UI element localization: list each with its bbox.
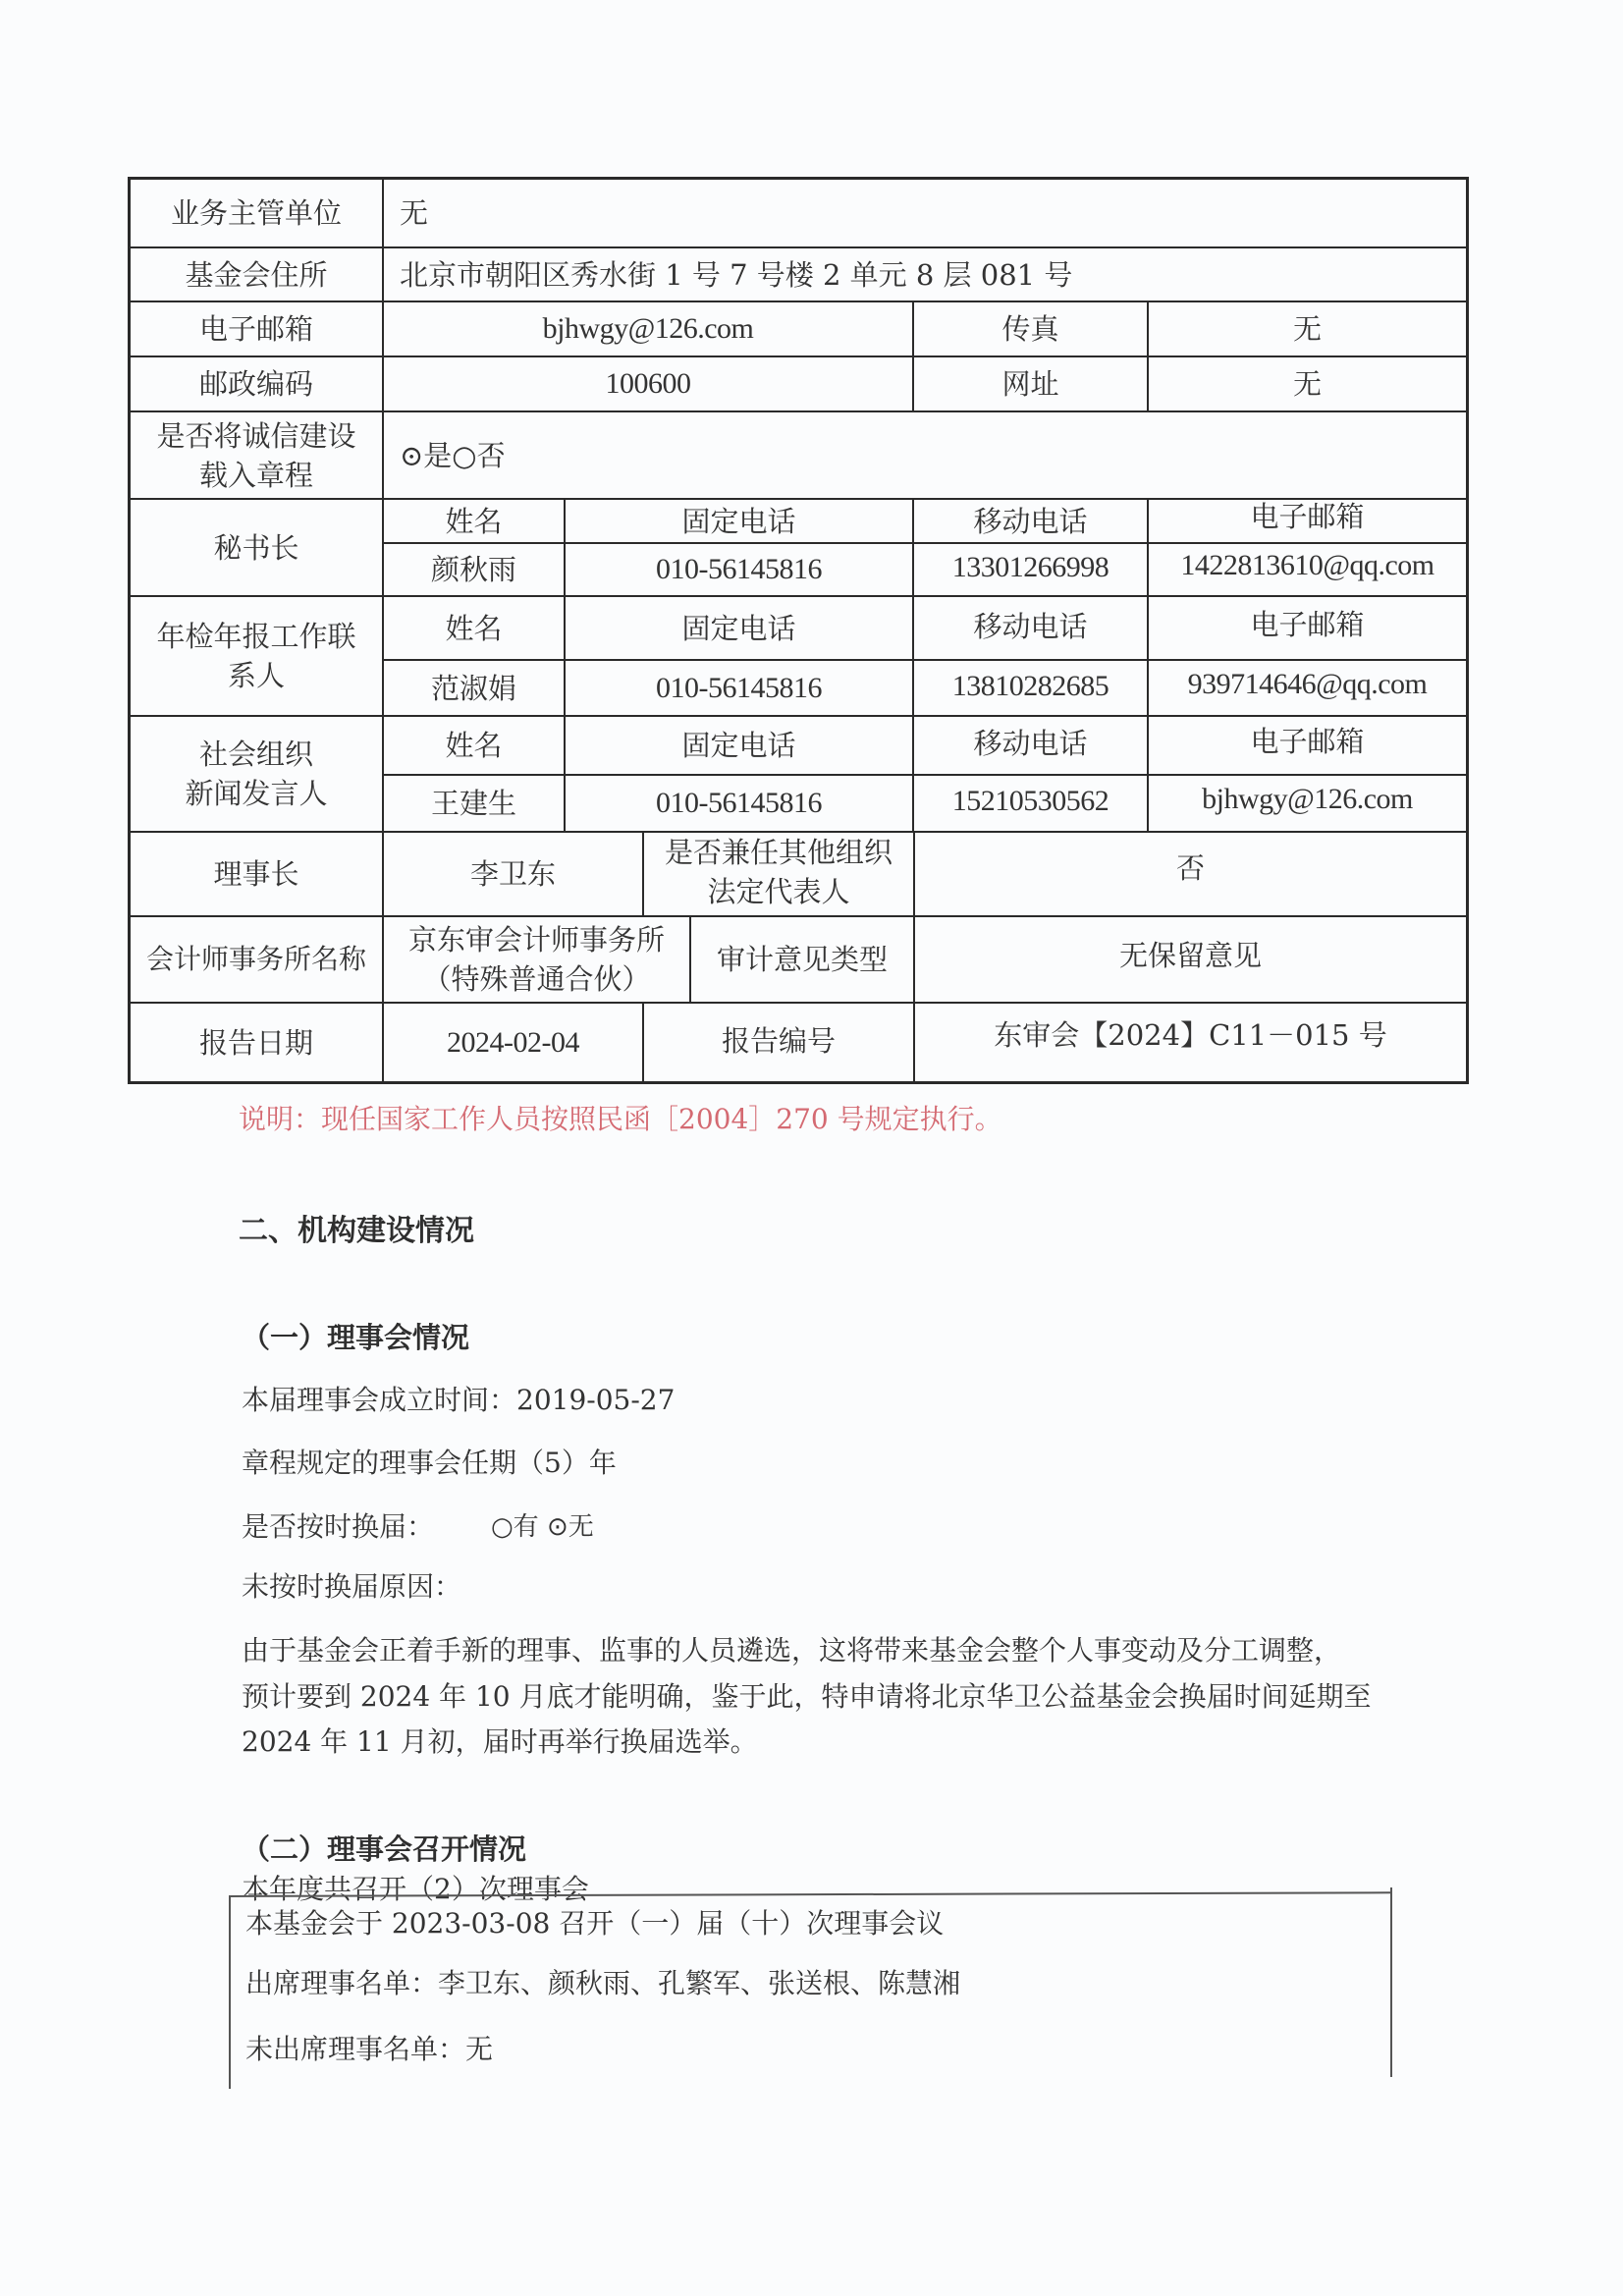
value-text: 100600 (606, 364, 691, 404)
value-text: （特殊普通合伙） (422, 959, 650, 999)
header-email: 电子邮箱 (1149, 495, 1466, 537)
meetings-count: 本年度共召开（2）次理事会 (242, 1872, 589, 1907)
delay-reason-line: 预计要到 2024 年 10 月底才能明确，鉴于此，特申请将北京华卫公益基金会换… (242, 1679, 1372, 1715)
subsection-title-meetings: （二）理事会召开情况 (242, 1831, 526, 1867)
header-name: 姓名 (384, 500, 564, 542)
value-text: 无保留意见 (1119, 936, 1262, 975)
value-text: 2024-02-04 (447, 1023, 579, 1063)
value-fax: 无 (1149, 302, 1466, 355)
meeting-attendees: 出席理事名单：李卫东、颜秋雨、孔繁军、张送根、陈慧湘 (245, 1966, 960, 2001)
header-text: 电子邮箱 (1250, 605, 1364, 644)
contact-landline: 010-56145816 (566, 544, 912, 595)
contact-mobile: 13810282685 (914, 659, 1147, 713)
header-mobile: 移动电话 (914, 595, 1147, 657)
subsection-title-board: （一）理事会情况 (242, 1320, 469, 1355)
box-border-right (1390, 1887, 1392, 2077)
label-text: 秘书长 (213, 528, 298, 568)
header-text: 固定电话 (681, 502, 795, 541)
header-text: 移动电话 (973, 502, 1087, 541)
label-text: 网址 (1001, 364, 1058, 404)
label-report-date: 报告日期 (131, 1004, 382, 1081)
value-text: 东审会【2024】C11－015 号 (994, 1015, 1386, 1055)
header-text: 电子邮箱 (1250, 722, 1364, 761)
label-website: 网址 (914, 357, 1147, 410)
value-text: 010-56145816 (656, 784, 822, 823)
board-term: 章程规定的理事会任期（5）年 (242, 1446, 617, 1481)
header-text: 姓名 (445, 726, 502, 765)
value-text: 京东审会计师事务所 (408, 920, 665, 959)
contact-landline: 010-56145816 (566, 776, 912, 831)
label-email: 电子邮箱 (131, 302, 382, 355)
contact-mobile: 15210530562 (914, 774, 1147, 829)
table-border-bottom (128, 1081, 1469, 1084)
value-text: 无 (400, 193, 428, 233)
box-border-left (229, 1897, 231, 2089)
delay-reason-line: 由于基金会正着手新的理事、监事的人员遴选，这将带来基金会整个人事变动及分工调整， (242, 1633, 1341, 1668)
value-text: 15210530562 (952, 782, 1109, 821)
contact-name: 范淑娟 (384, 661, 564, 715)
table-footnote: 说明：现任国家工作人员按照民函［2004］270 号规定执行。 (239, 1102, 1002, 1137)
on-time-election-label: 是否按时换届： (242, 1509, 434, 1545)
contact-email: bjhwgy@126.com (1149, 772, 1466, 827)
header-text: 姓名 (445, 609, 502, 648)
label-concurrent-legal-rep: 是否兼任其他组织 法定代表人 (644, 831, 913, 913)
label-text: 邮政编码 (199, 364, 313, 404)
header-landline: 固定电话 (566, 500, 912, 542)
label-text: 审计意见类型 (717, 940, 888, 979)
header-text: 移动电话 (973, 607, 1087, 646)
integrity-charter-radio[interactable]: ⊙是○否 (400, 436, 506, 475)
label-text: 基金会住所 (185, 255, 327, 295)
label-chairman: 理事长 (131, 833, 382, 915)
header-email: 电子邮箱 (1149, 593, 1466, 655)
value-audit-opinion: 无保留意见 (915, 913, 1466, 998)
value-text: 范淑娟 (431, 669, 516, 708)
label-fax: 传真 (914, 302, 1147, 355)
value-text: 13301266998 (952, 548, 1109, 587)
label-text: 报告编号 (722, 1021, 836, 1061)
label-text: 是否兼任其他组织 (665, 833, 893, 872)
contact-name: 王建生 (384, 776, 564, 831)
integrity-charter-radio-group[interactable]: ⊙是○否 (384, 412, 1466, 498)
on-time-election-radio[interactable]: ○有 ⊙无 (491, 1509, 594, 1545)
value-text: bjhwgy@126.com (1202, 780, 1413, 819)
value-text: 无 (1293, 364, 1322, 404)
header-text: 固定电话 (681, 609, 795, 648)
value-audit-firm: 京东审会计师事务所 （特殊普通合伙） (384, 917, 689, 1002)
value-text: 无 (1293, 309, 1322, 349)
label-postal-code: 邮政编码 (131, 357, 382, 410)
value-report-number: 东审会【2024】C11－015 号 (915, 996, 1466, 1073)
contact-mobile: 13301266998 (914, 542, 1147, 593)
header-text: 固定电话 (681, 726, 795, 765)
label-supervisor-unit: 业务主管单位 (131, 180, 382, 246)
value-text: 王建生 (431, 784, 516, 823)
label-text: 业务主管单位 (171, 193, 342, 233)
value-email: bjhwgy@126.com (384, 302, 912, 355)
header-mobile: 移动电话 (914, 715, 1147, 772)
label-text: 会计师事务所名称 (146, 940, 366, 979)
label-text: 法定代表人 (707, 872, 849, 911)
header-text: 电子邮箱 (1250, 497, 1364, 536)
contact-name: 颜秋雨 (384, 544, 564, 595)
table-border-right (1466, 177, 1469, 1084)
label-text: 系人 (228, 656, 285, 695)
label-text: 理事长 (213, 854, 298, 894)
label-annual-report-contact: 年检年报工作联 系人 (131, 597, 382, 715)
value-text: 010-56145816 (656, 669, 822, 708)
label-audit-firm: 会计师事务所名称 (131, 917, 382, 1002)
header-landline: 固定电话 (566, 597, 912, 659)
header-text: 移动电话 (973, 724, 1087, 763)
label-audit-opinion: 审计意见类型 (691, 917, 913, 1002)
label-text: 载入章程 (199, 456, 313, 495)
meeting-absentees: 未出席理事名单：无 (245, 2032, 493, 2067)
label-text: 传真 (1001, 309, 1058, 349)
label-text: 电子邮箱 (199, 309, 313, 349)
header-name: 姓名 (384, 597, 564, 659)
value-text: 颜秋雨 (431, 550, 516, 589)
value-chairman-name: 李卫东 (384, 833, 642, 915)
label-secretary-general: 秘书长 (131, 500, 382, 595)
value-website: 无 (1149, 357, 1466, 410)
label-address: 基金会住所 (131, 248, 382, 301)
header-name: 姓名 (384, 717, 564, 774)
value-concurrent-legal-rep: 否 (915, 827, 1466, 909)
board-established-date: 本届理事会成立时间：2019-05-27 (242, 1383, 675, 1418)
value-text: 939714646@qq.com (1188, 665, 1428, 704)
label-report-number: 报告编号 (644, 1002, 913, 1079)
label-spokesperson: 社会组织 新闻发言人 (131, 717, 382, 831)
header-landline: 固定电话 (566, 717, 912, 774)
value-address: 北京市朝阳区秀水街 1 号 7 号楼 2 单元 8 层 081 号 (384, 248, 1466, 301)
label-text: 年检年报工作联 (156, 617, 355, 656)
contact-email: 1422813610@qq.com (1149, 540, 1466, 591)
value-text: 1422813610@qq.com (1180, 546, 1434, 585)
value-text: bjhwgy@126.com (543, 309, 754, 349)
value-text: 否 (1176, 848, 1205, 888)
delay-reason-label: 未按时换届原因： (242, 1569, 461, 1605)
section-title-org-building: 二、机构建设情况 (239, 1214, 474, 1249)
header-text: 姓名 (445, 502, 502, 541)
header-email: 电子邮箱 (1149, 713, 1466, 770)
header-mobile: 移动电话 (914, 500, 1147, 542)
value-text: 李卫东 (470, 854, 556, 894)
contact-landline: 010-56145816 (566, 661, 912, 715)
delay-reason-line: 2024 年 11 月初，届时再举行换届选举。 (242, 1724, 758, 1760)
contact-email: 939714646@qq.com (1149, 657, 1466, 711)
meeting-title: 本基金会于 2023-03-08 召开（一）届（十）次理事会议 (245, 1906, 944, 1941)
value-postal-code: 100600 (384, 357, 912, 410)
value-text: 13810282685 (952, 667, 1109, 706)
label-text: 报告日期 (199, 1023, 313, 1063)
label-text: 新闻发言人 (185, 774, 327, 813)
value-supervisor-unit: 无 (384, 180, 1466, 246)
value-text: 010-56145816 (656, 550, 822, 589)
value-text: 北京市朝阳区秀水街 1 号 7 号楼 2 单元 8 层 081 号 (400, 255, 1072, 295)
label-text: 社会组织 (199, 735, 313, 774)
value-report-date: 2024-02-04 (384, 1004, 642, 1081)
label-integrity-charter: 是否将诚信建设 载入章程 (131, 412, 382, 498)
label-text: 是否将诚信建设 (156, 416, 355, 456)
